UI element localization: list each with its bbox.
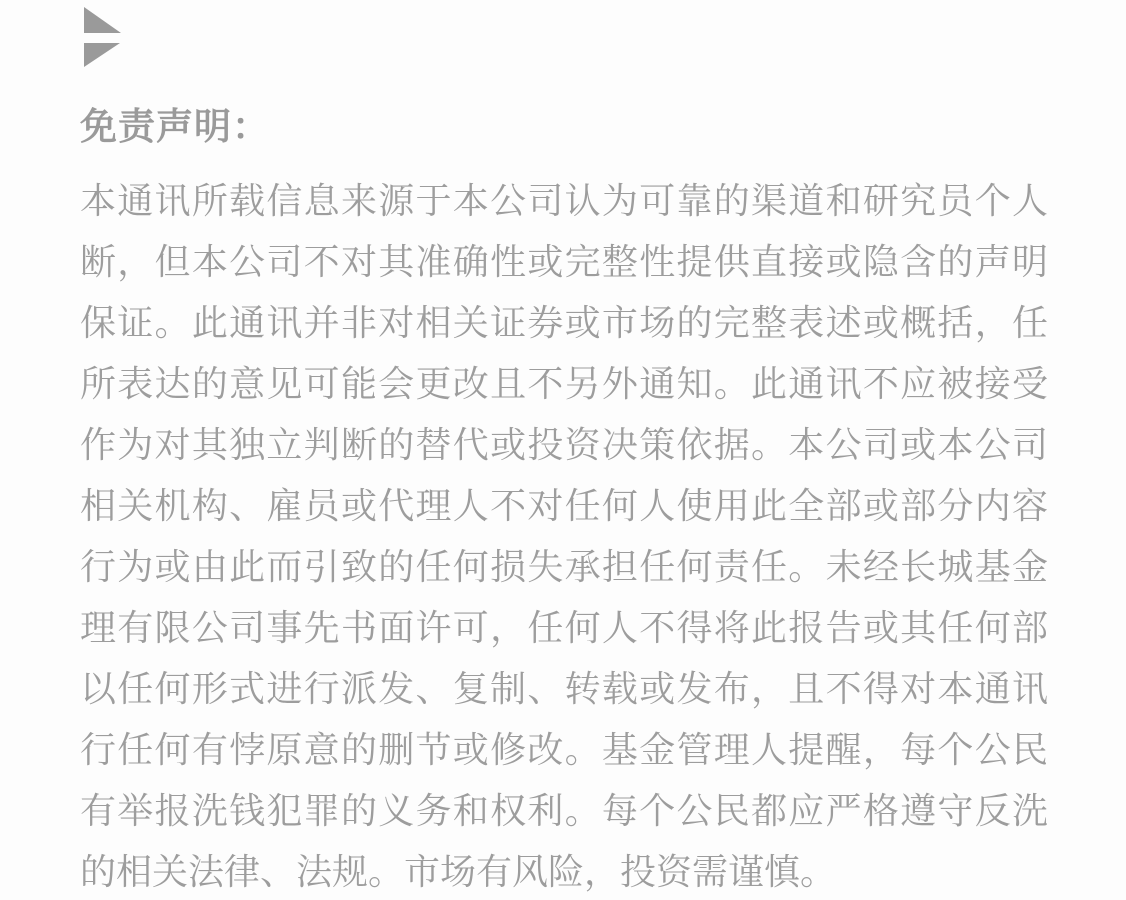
disclaimer-content: 免责声明： 本通讯所载信息来源于本公司认为可靠的渠道和研究员个人判 断，但本公司… xyxy=(80,104,1048,900)
disclaimer-line: 有举报洗钱犯罪的义务和权利。每个公民都应严格遵守反洗钱 xyxy=(80,780,1048,841)
disclaimer-line: 相关机构、雇员或代理人不对任何人使用此全部或部分内容的 xyxy=(80,475,1048,536)
disclaimer-line: 本通讯所载信息来源于本公司认为可靠的渠道和研究员个人判 xyxy=(80,170,1048,231)
disclaimer-line: 断，但本公司不对其准确性或完整性提供直接或隐含的声明或 xyxy=(80,231,1048,292)
disclaimer-line: 以任何形式进行派发、复制、转载或发布，且不得对本通讯进 xyxy=(80,658,1048,719)
disclaimer-line: 作为对其独立判断的替代或投资决策依据。本公司或本公司的 xyxy=(80,414,1048,475)
disclaimer-line: 行为或由此而引致的任何损失承担任何责任。未经长城基金管 xyxy=(80,536,1048,597)
disclaimer-line: 的相关法律、法规。市场有风险，投资需谨慎。 xyxy=(80,841,1048,900)
disclaimer-line: 理有限公司事先书面许可，任何人不得将此报告或其任何部分 xyxy=(80,597,1048,658)
brand-logo-mark xyxy=(84,7,122,69)
disclaimer-page: 免责声明： 本通讯所载信息来源于本公司认为可靠的渠道和研究员个人判 断，但本公司… xyxy=(0,0,1126,900)
triangle-lower-left-icon xyxy=(84,7,121,33)
disclaimer-line: 行任何有悖原意的删节或修改。基金管理人提醒，每个公民都 xyxy=(80,719,1048,780)
disclaimer-heading: 免责声明： xyxy=(80,104,1048,150)
triangle-upper-left-icon xyxy=(84,43,120,67)
disclaimer-body: 本通讯所载信息来源于本公司认为可靠的渠道和研究员个人判 断，但本公司不对其准确性… xyxy=(80,170,1048,900)
disclaimer-line: 所表达的意见可能会更改且不另外通知。此通讯不应被接受者 xyxy=(80,353,1048,414)
disclaimer-line: 保证。此通讯并非对相关证券或市场的完整表述或概括，任何 xyxy=(80,292,1048,353)
